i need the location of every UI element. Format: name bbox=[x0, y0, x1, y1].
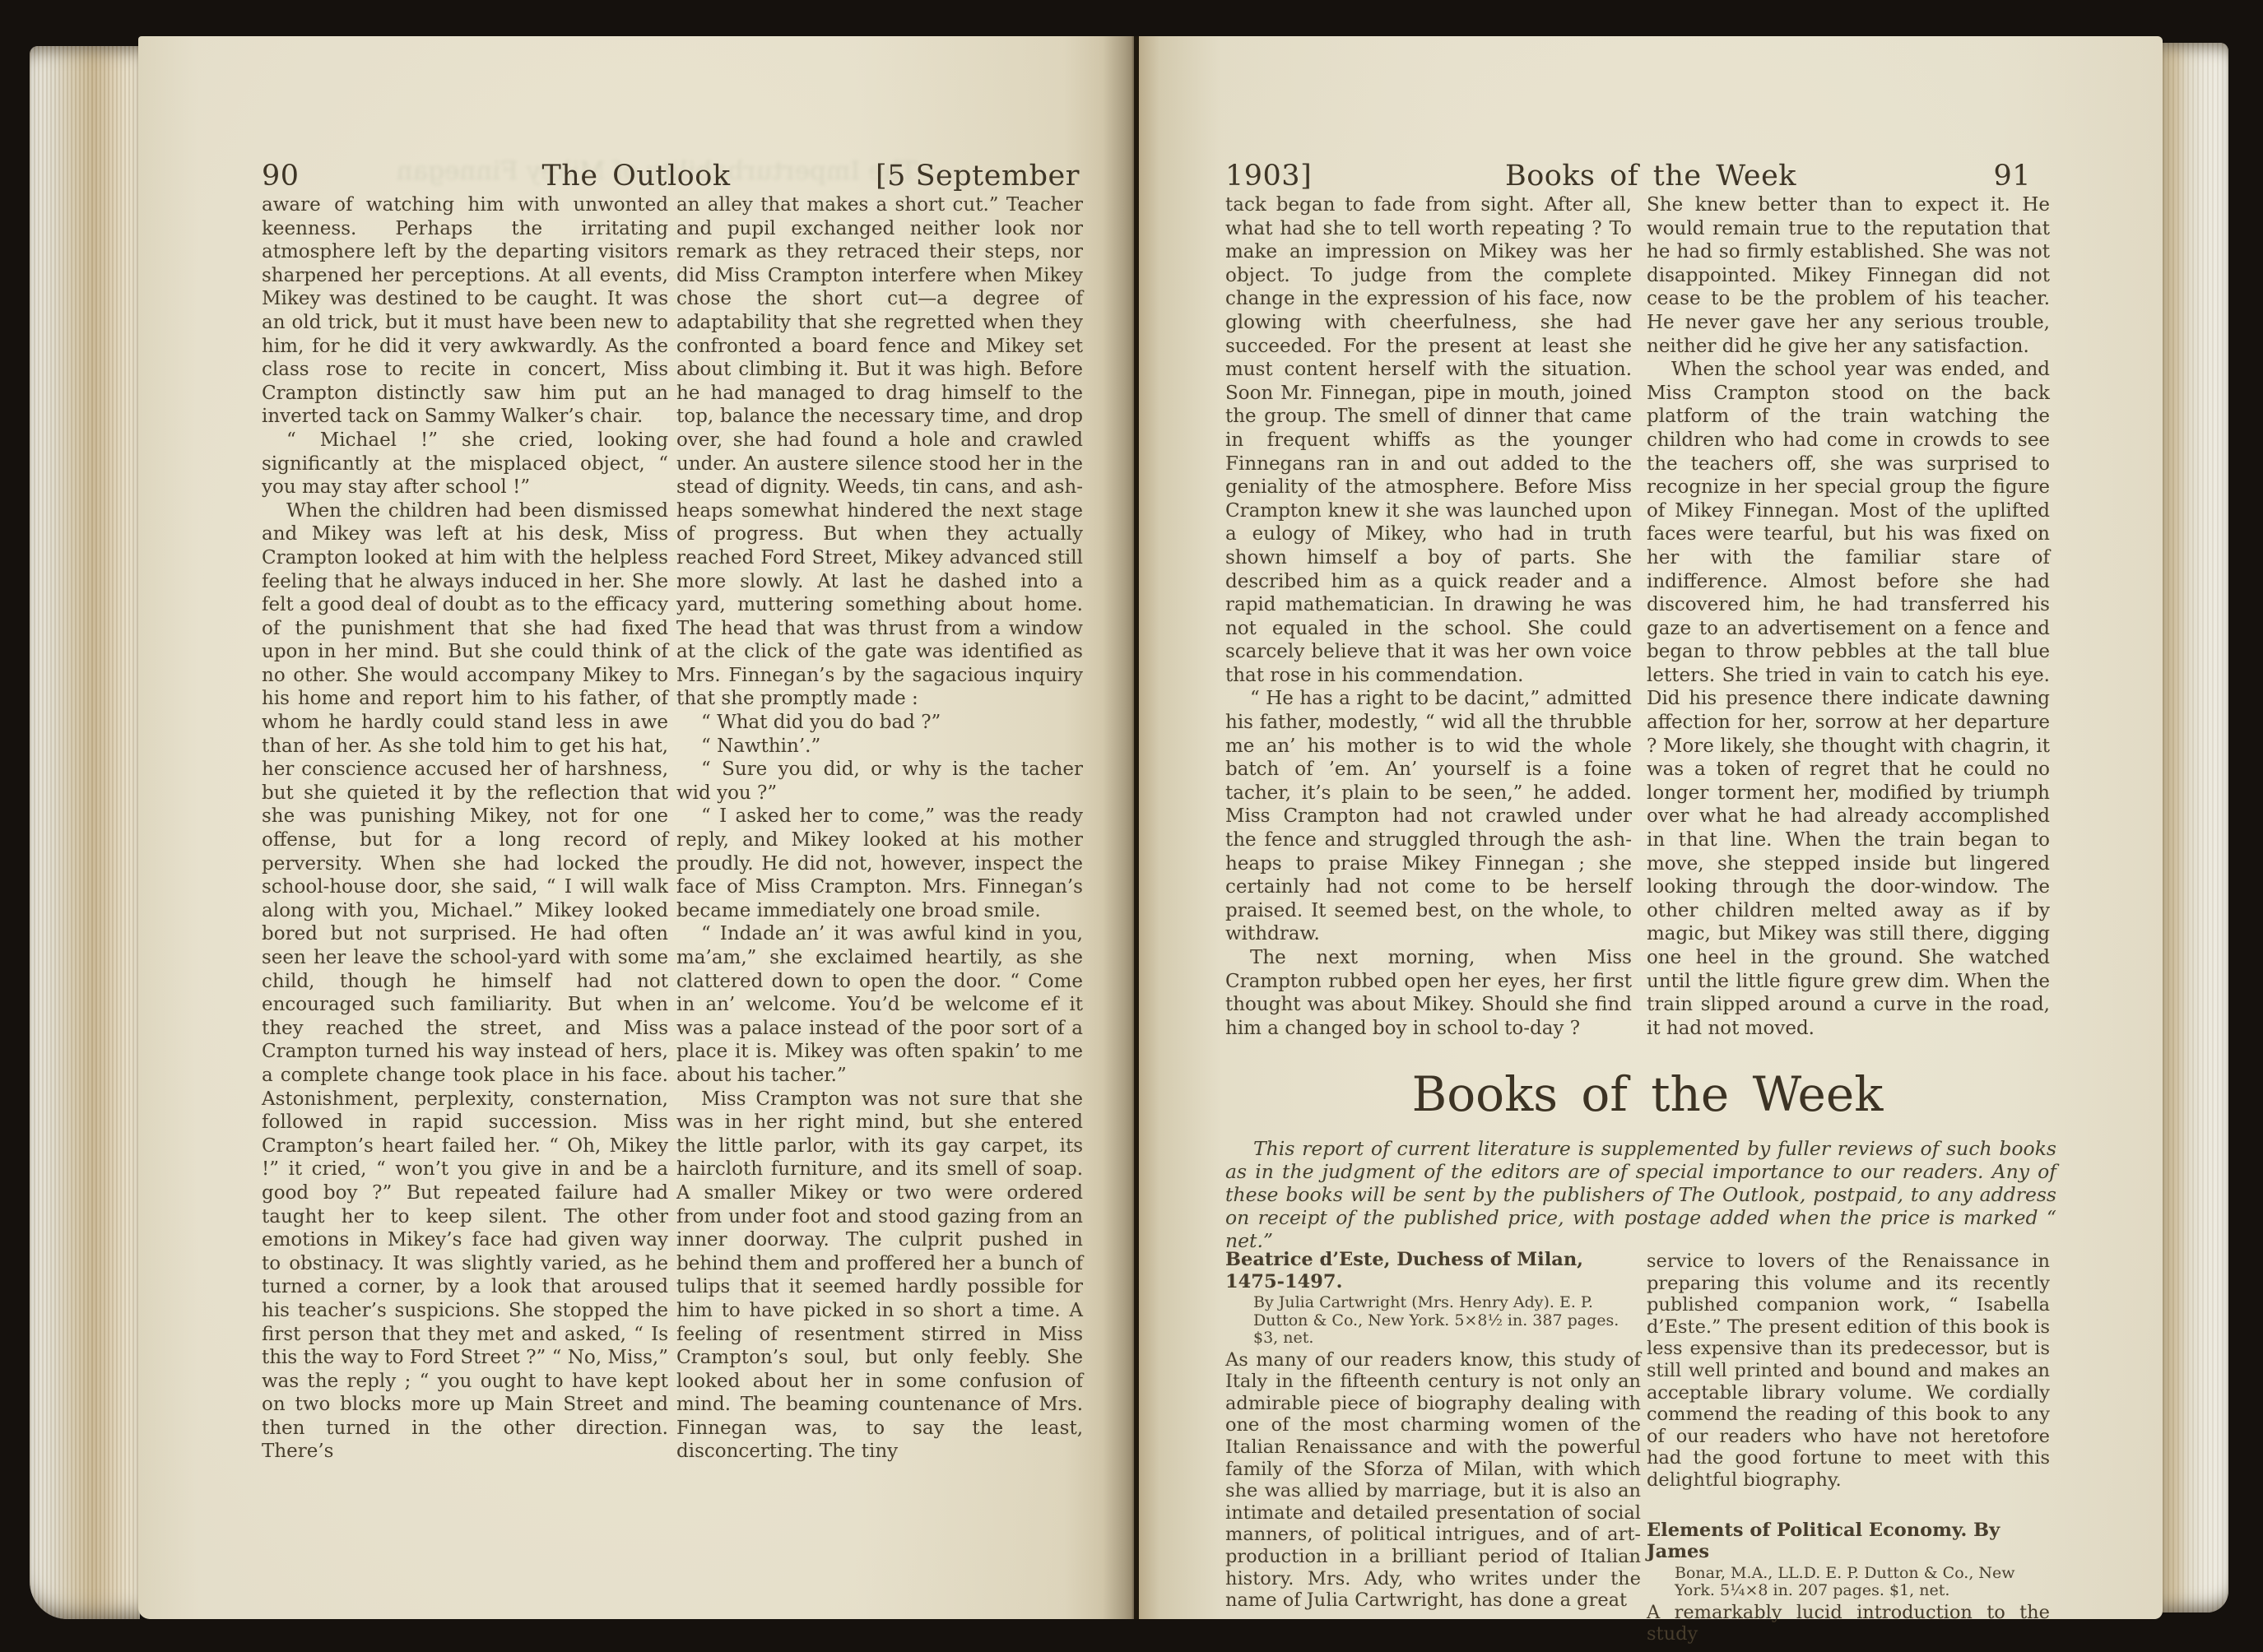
page-stack-left-edge bbox=[30, 46, 140, 1619]
paragraph: “ Indade an’ it was awful kind in you, m… bbox=[676, 922, 1083, 1087]
paragraph: “ I asked her to come,” was the ready re… bbox=[676, 805, 1083, 922]
review-citation: Bonar, M.A., LL.D. E. P. Dutton & Co., N… bbox=[1647, 1565, 2050, 1600]
right-page: 1903] Books of the Week 91 tack began to… bbox=[1139, 36, 2163, 1619]
book-scan: The Imperturbability of Mikey Finnegan 9… bbox=[0, 0, 2263, 1652]
paragraph: Miss Crampton was not sure that she was … bbox=[676, 1088, 1083, 1464]
paragraph: “ Michael !” she cried, looking signific… bbox=[262, 429, 668, 499]
paragraph: “ Sure you did, or why is the tacher wid… bbox=[676, 758, 1083, 805]
review-body: service to lovers of the Renaissance in … bbox=[1647, 1251, 2050, 1492]
review-citation: By Julia Cartwright (Mrs. Henry Ady). E.… bbox=[1225, 1294, 1641, 1348]
left-page-column-1: aware of watching him with unwonted keen… bbox=[262, 193, 668, 1510]
section-title: Books of the Week bbox=[1195, 1066, 2100, 1122]
paragraph: The next morning, when Miss Crampton rub… bbox=[1225, 946, 1632, 1040]
review-heading: Beatrice d’Este, Duchess of Milan, 1475-… bbox=[1225, 1249, 1641, 1292]
paragraph: “ What did you do bad ?” bbox=[676, 711, 1083, 735]
left-page-column-2: an alley that makes a short cut.” Teache… bbox=[676, 193, 1083, 1510]
left-page: The Imperturbability of Mikey Finnegan 9… bbox=[138, 36, 1134, 1619]
page-number-right: 91 bbox=[1993, 160, 2031, 193]
section-intro: This report of current literature is sup… bbox=[1225, 1137, 2056, 1252]
right-page-header: 1903] Books of the Week 91 bbox=[1139, 160, 2163, 197]
page-stack-right-edge bbox=[2163, 43, 2228, 1613]
paragraph: an alley that makes a short cut.” Teache… bbox=[676, 193, 1083, 711]
review-body: A remarkably lucid introduction to the s… bbox=[1647, 1602, 2050, 1645]
books-of-the-week-section: Books of the Week This report of current… bbox=[1139, 1066, 2163, 1122]
review-body: As many of our readers know, this study … bbox=[1225, 1349, 1641, 1612]
issue-date: [5 September bbox=[876, 160, 1080, 193]
paragraph: tack began to fade from sight. After all… bbox=[1225, 193, 1632, 687]
review-heading: Elements of Political Economy. By James bbox=[1647, 1520, 2050, 1563]
right-page-column-1: tack began to fade from sight. After all… bbox=[1225, 193, 1632, 1078]
paragraph: When the children had been dismissed and… bbox=[262, 499, 668, 1464]
paragraph: “ He has a right to be dacint,” admitted… bbox=[1225, 687, 1632, 946]
paragraph: She knew better than to expect it. He wo… bbox=[1647, 193, 2050, 358]
paragraph: aware of watching him with unwonted keen… bbox=[262, 193, 668, 429]
right-page-column-2: She knew better than to expect it. He wo… bbox=[1647, 193, 2050, 1078]
left-page-header: 90 The Outlook [5 September bbox=[138, 160, 1134, 197]
review-column-2: service to lovers of the Renaissance in … bbox=[1647, 1249, 2050, 1645]
paragraph: “ Nawthin’.” bbox=[676, 735, 1083, 759]
review-column-1: Beatrice d’Este, Duchess of Milan, 1475-… bbox=[1225, 1249, 1641, 1612]
paragraph: When the school year was ended, and Miss… bbox=[1647, 358, 2050, 1040]
